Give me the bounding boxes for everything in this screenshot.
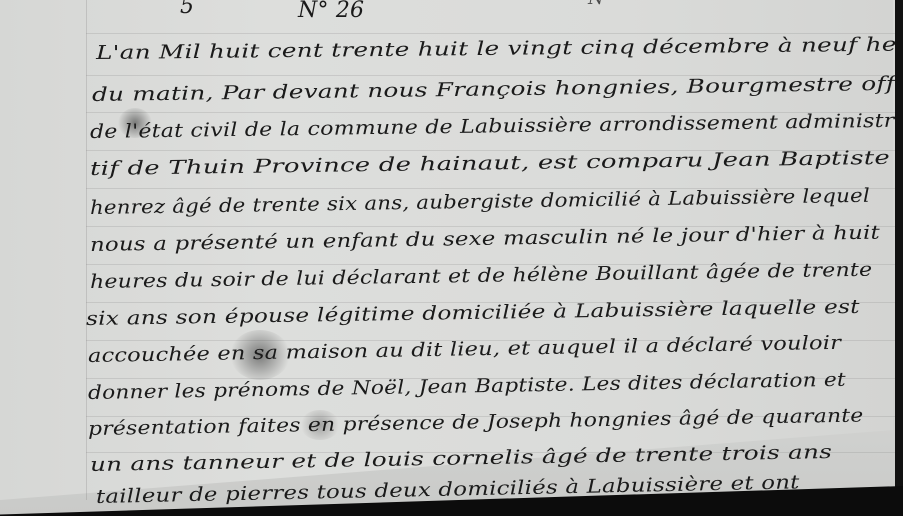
top-right-fragment: N°: [588, 0, 613, 9]
record-number: N° 26: [298, 0, 364, 23]
scanned-register-page: 5 N° 26 N° L'an Mil huit cent trente hui…: [0, 0, 903, 516]
ruled-line: [86, 33, 896, 34]
scan-right-border: [895, 0, 903, 516]
left-mark: 5: [180, 0, 194, 19]
